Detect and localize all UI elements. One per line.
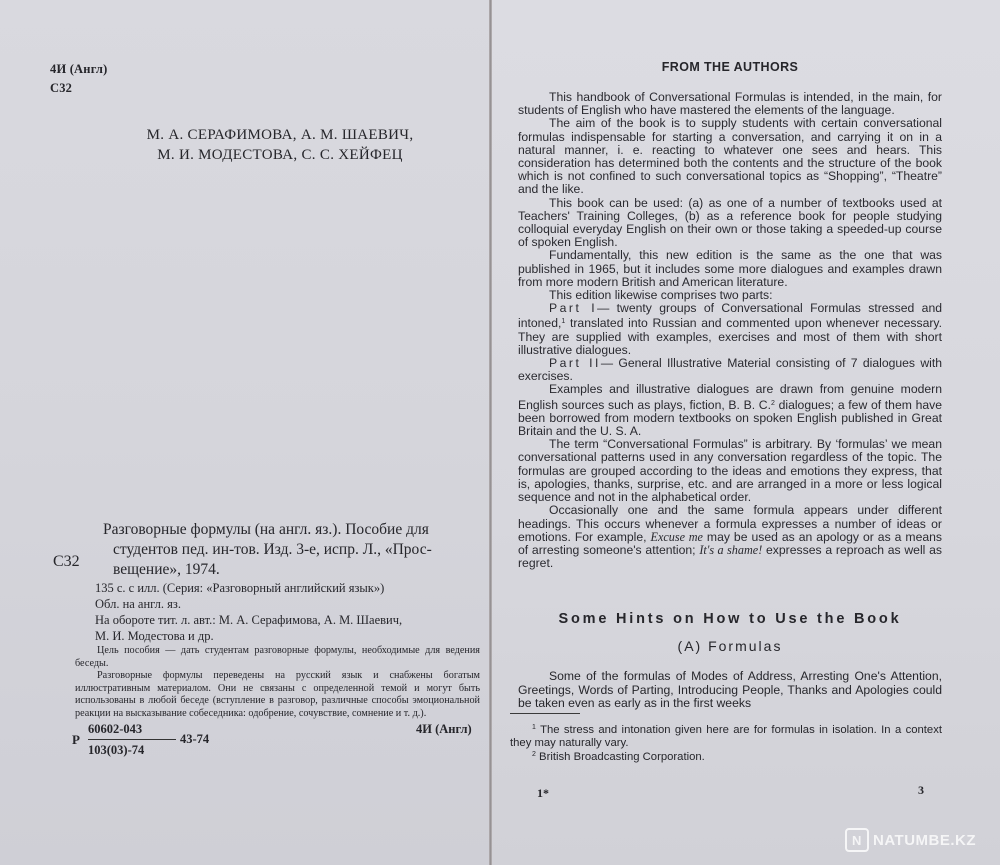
paragraph: The aim of the book is to supply student… [518,117,942,196]
class-code-line: 4И (Англ) [50,60,108,79]
preface-text: This handbook of Conversational Formulas… [518,91,942,570]
pub-code-suffix: 43-74 [180,732,209,747]
footnote-text: The stress and intonation given here are… [510,724,942,749]
example-phrase: It's a shame! [699,543,762,557]
footnote-divider [510,713,580,714]
authors-line: М. А. СЕРАФИМОВА, А. М. ШАЕВИЧ, [130,125,430,145]
bib-detail-line: 135 с. с илл. (Серия: «Разговорный англи… [95,580,480,596]
hints-subheading: (A) Formulas [520,638,940,654]
paragraph: Examples and illustrative dialogues are … [518,383,942,438]
bibliographic-record: Разговорные формулы (на англ. яз.). Посо… [103,520,478,580]
paragraph-text: translated into Russian and commented up… [518,316,942,356]
bib-detail-line: М. И. Модестова и др. [95,628,480,644]
signature-mark: 1* [537,786,549,801]
watermark-text: NATUMBE.KZ [873,832,976,849]
paragraph-part-one: Part I— twenty groups of Conversational … [518,302,942,357]
pub-code-numerator: 60602-043 [88,722,176,740]
paragraph: The term “Conversational Formulas” is ar… [518,438,942,504]
authors-line: М. И. МОДЕСТОВА, С. С. ХЕЙФЕЦ [130,145,430,165]
hints-text: Some of the formulas of Modes of Address… [518,670,942,711]
bibliographic-code: С32 [53,553,80,571]
footnote: 2 British Broadcasting Corporation. [510,749,942,764]
bib-line: Разговорные формулы (на англ. яз.). Посо… [103,521,429,538]
bibliographic-details: 135 с. с илл. (Серия: «Разговорный англи… [95,580,480,644]
paragraph: Fundamentally, this new edition is the s… [518,249,942,289]
part-label: Part II [549,356,601,370]
hints-heading: Some Hints on How to Use the Book [520,611,940,627]
bib-detail-line: Обл. на англ. яз. [95,596,480,612]
paragraph-part-two: Part II— General Illustrative Material c… [518,357,942,383]
example-phrase: Excuse me [651,530,703,544]
watermark-logo-icon: N [845,828,869,852]
paragraph: Some of the formulas of Modes of Address… [518,670,942,711]
footnote-mark: 2 [532,751,536,758]
pub-code-fraction: 60602-043 103(03)-74 [88,722,178,758]
bib-line: вещение», 1974. [103,560,478,580]
paragraph: This book can be used: (a) as one of a n… [518,197,942,250]
bib-line: студентов пед. ин-тов. Изд. 3-е, испр. Л… [103,540,478,560]
library-class-code-bottom: 4И (Англ) [416,722,472,737]
paragraph: This handbook of Conversational Formulas… [518,91,942,117]
book-spread: 4И (Англ) С32 М. А. СЕРАФИМОВА, А. М. ША… [0,0,1000,865]
pub-code-denominator: 103(03)-74 [88,740,178,758]
annotation-paragraph: Разговорные формулы переведены на русски… [75,670,480,720]
pub-code-prefix: Р [72,732,80,748]
footnote: 1 The stress and intonation given here a… [510,722,942,749]
authors-block: М. А. СЕРАФИМОВА, А. М. ШАЕВИЧ, М. И. МО… [130,125,430,165]
annotation: Цель пособия — дать студентам разговорны… [75,645,480,720]
class-code-line: С32 [50,79,108,98]
footnote-mark: 1 [532,724,536,731]
watermark: N NATUMBE.KZ [845,828,976,852]
annotation-paragraph: Цель пособия — дать студентам разговорны… [75,645,480,670]
left-page: 4И (Англ) С32 М. А. СЕРАФИМОВА, А. М. ША… [0,0,490,865]
paragraph: Occasionally one and the same formula ap… [518,504,942,570]
bib-detail-line: На обороте тит. л. авт.: М. А. Серафимов… [95,612,480,628]
page-number: 3 [918,783,924,798]
section-heading: FROM THE AUTHORS [520,60,940,74]
footnote-text: British Broadcasting Corporation. [539,751,705,763]
part-label: Part I [549,301,597,315]
footnotes: 1 The stress and intonation given here a… [510,722,942,764]
library-class-code: 4И (Англ) С32 [50,60,108,98]
